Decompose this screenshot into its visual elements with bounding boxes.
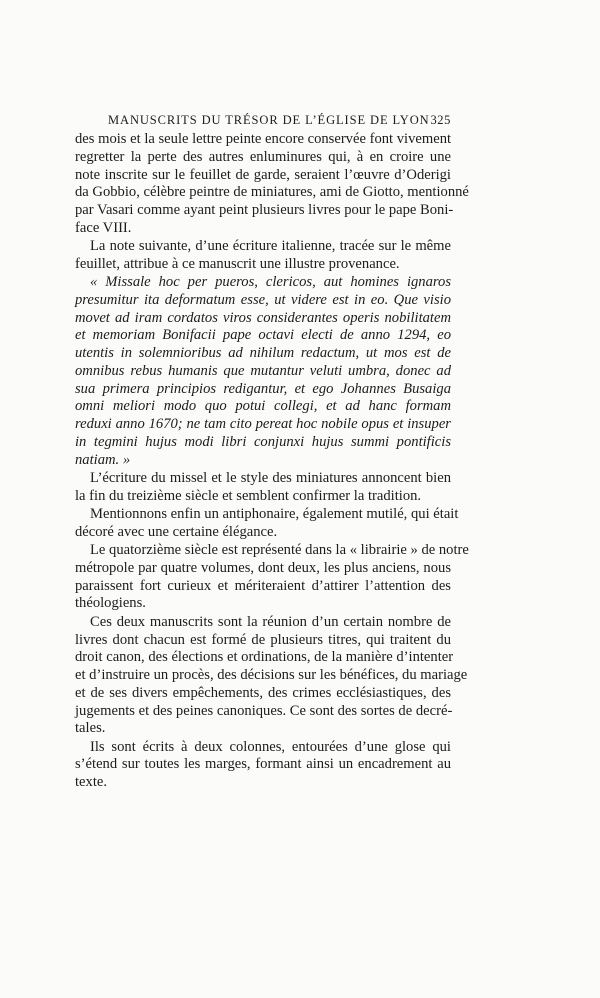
text-line: Le quatorzième siècle est représenté dan… bbox=[75, 542, 451, 560]
text-line: des mois et la seule lettre peinte encor… bbox=[75, 131, 451, 149]
text-line: par Vasari comme ayant peint plusieurs l… bbox=[75, 202, 451, 220]
text-line: « Missale hoc per pueros, clericos, aut … bbox=[75, 274, 451, 292]
text-line: droit canon, des élections et ordination… bbox=[75, 649, 451, 667]
paragraph: « Missale hoc per pueros, clericos, aut … bbox=[75, 274, 451, 469]
text-line: jugements et des peines canoniques. Ce s… bbox=[75, 703, 451, 721]
text-line: presumitur ita deformatum esse, ut vider… bbox=[75, 292, 451, 310]
text-line: décoré avec une certaine élégance. bbox=[75, 524, 451, 542]
text-line: la fin du treizième siècle et semblent c… bbox=[75, 488, 451, 506]
text-line: et d’instruire un procès, des décisions … bbox=[75, 667, 451, 685]
book-page: MANUSCRITS DU TRÉSOR DE L’ÉGLISE DE LYON… bbox=[0, 0, 600, 998]
text-line: tales. bbox=[75, 720, 451, 738]
paragraph: Ces deux manuscrits sont la réunion d’un… bbox=[75, 614, 451, 738]
text-line: paraissent fort curieux et mériteraient … bbox=[75, 578, 451, 596]
text-line: et de ses divers empêchements, des crime… bbox=[75, 685, 451, 703]
text-line: s’étend sur toutes les marges, formant a… bbox=[75, 756, 451, 774]
text-line: Ces deux manuscrits sont la réunion d’un… bbox=[75, 614, 451, 632]
text-line: movet ad iram cordatos viros considerant… bbox=[75, 310, 451, 328]
paragraph: L’écriture du missel et le style des min… bbox=[75, 470, 451, 506]
text-line: L’écriture du missel et le style des min… bbox=[75, 470, 451, 488]
text-line: regretter la perte des autres enluminure… bbox=[75, 149, 451, 167]
text-line: texte. bbox=[75, 774, 451, 792]
page-number: 325 bbox=[430, 113, 451, 128]
paragraph: La note suivante, d’une écriture italien… bbox=[75, 238, 451, 274]
text-line: reduxi anno 1670; ne tam cito pereat hoc… bbox=[75, 416, 451, 434]
text-line: livres dont chacun est formé de plusieur… bbox=[75, 632, 451, 650]
text-line: sua primera principios redigantur, et eg… bbox=[75, 381, 451, 399]
paragraph: Ils sont écrits à deux colonnes, entouré… bbox=[75, 739, 451, 792]
running-head: MANUSCRITS DU TRÉSOR DE L’ÉGLISE DE LYON… bbox=[108, 113, 451, 128]
text-line: face VIII. bbox=[75, 220, 451, 238]
text-line: utentis in solemnioribus ad nihilum reda… bbox=[75, 345, 451, 363]
text-line: in tegmini hujus modi libri conjunxi huj… bbox=[75, 434, 451, 452]
text-line: note inscrite sur le feuillet de garde, … bbox=[75, 167, 451, 185]
text-line: omni meliori modo quo potui collegi, et … bbox=[75, 398, 451, 416]
text-line: da Gobbio, célèbre peintre de miniatures… bbox=[75, 184, 451, 202]
text-line: omnibus rebus humanis que mutantur velut… bbox=[75, 363, 451, 381]
text-line: La note suivante, d’une écriture italien… bbox=[75, 238, 451, 256]
text-line: feuillet, attribue à ce manuscrit une il… bbox=[75, 256, 451, 274]
running-title: MANUSCRITS DU TRÉSOR DE L’ÉGLISE DE LYON bbox=[108, 113, 430, 128]
text-line: théologiens. bbox=[75, 595, 451, 613]
paragraph: Le quatorzième siècle est représenté dan… bbox=[75, 542, 451, 613]
body-text: des mois et la seule lettre peinte encor… bbox=[75, 131, 451, 793]
paragraph: des mois et la seule lettre peinte encor… bbox=[75, 131, 451, 238]
text-line: métropole par quatre volumes, dont deux,… bbox=[75, 560, 451, 578]
paragraph: Mentionnons enfin un antiphonaire, égale… bbox=[75, 506, 451, 542]
text-line: Ils sont écrits à deux colonnes, entouré… bbox=[75, 739, 451, 757]
text-line: Mentionnons enfin un antiphonaire, égale… bbox=[75, 506, 451, 524]
text-line: et memoriam Bonifacii pape octavi electi… bbox=[75, 327, 451, 345]
text-line: natiam. » bbox=[75, 452, 451, 470]
paragraph-gap bbox=[75, 792, 451, 793]
